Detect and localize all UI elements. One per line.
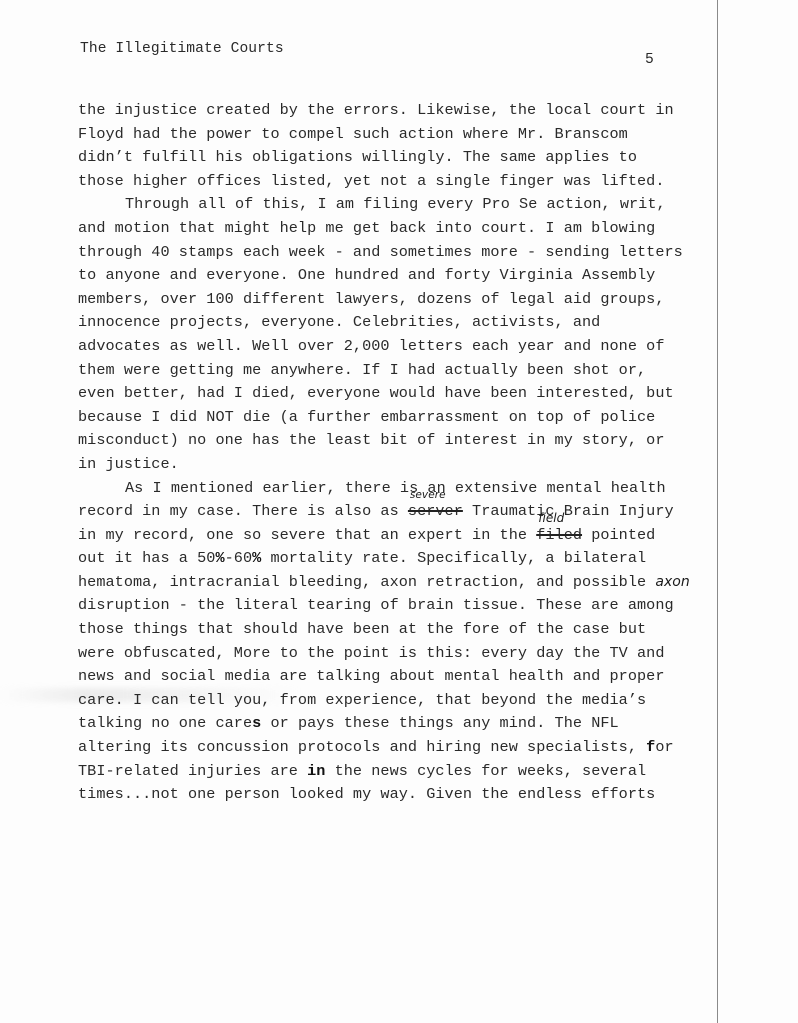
line-text: record in my case. There is also as [78,502,408,520]
text-line-percent: out it has a 50%-60% mortality rate. Spe… [78,547,718,571]
text-line: advocates as well. Well over 2,000 lette… [78,335,718,359]
text-line: were obfuscated, More to the point is th… [78,642,718,666]
page-number: 5 [645,52,654,68]
line-text: talking no one care [78,714,252,732]
line-text: mortality rate. Specifically, a bilatera… [261,549,646,567]
line-text: out it has a 50 [78,549,215,567]
line-text: or [655,738,673,756]
line-text: Traumatic Brain Injury [463,502,674,520]
line-text: pointed [582,526,655,544]
handwritten-correction: field [538,513,564,523]
text-line-in: TBI-related injuries are in the news cyc… [78,760,718,784]
text-line: didn’t fulfill his obligations willingly… [78,146,718,170]
document-page: The Illegitimate Courts 5 the injustice … [0,0,798,1023]
text-line-severe-correction: record in my case. There is also as serv… [78,500,718,524]
line-text: -60 [225,549,253,567]
line-text: altering its concussion protocols and hi… [78,738,628,756]
body-text: the injustice created by the errors. Lik… [78,99,718,807]
text-line: innocence projects, everyone. Celebritie… [78,311,718,335]
text-line: in justice. [78,453,718,477]
line-text: in my record, one so severe that an expe… [78,526,536,544]
text-line: them were getting me anywhere. If I had … [78,359,718,383]
handwritten-correction: severe [410,490,446,500]
struck-text: filed [536,526,582,544]
line-text: hematoma, intracranial bleeding, axon re… [78,573,655,591]
line-text: the news cycles for weeks, several [325,762,646,780]
handwritten-letter: f [646,738,655,756]
running-header-title: The Illegitimate Courts [80,41,284,57]
text-line: disruption - the literal tearing of brai… [78,594,718,618]
text-line: news and social media are talking about … [78,665,718,689]
text-line: and motion that might help me get back i… [78,217,718,241]
text-line: Through all of this, I am filing every P… [78,193,718,217]
text-line: members, over 100 different lawyers, doz… [78,288,718,312]
paragraph-lines-b: disruption - the literal tearing of brai… [78,594,718,712]
paragraph-lines-a: the injustice created by the errors. Lik… [78,99,718,500]
handwritten-percent: % [215,549,224,567]
handwritten-correction: in [307,762,325,780]
text-line: Floyd had the power to compel such actio… [78,123,718,147]
struck-word: serversevere [408,502,463,520]
handwritten-insert: axon [655,574,690,590]
text-line-axon: hematoma, intracranial bleeding, axon re… [78,571,718,595]
line-text: or pays these things any mind. The NFL [261,714,618,732]
text-line-for: altering its concussion protocols and hi… [78,736,718,760]
text-line: misconduct) no one has the least bit of … [78,429,718,453]
line-text: TBI-related injuries are [78,762,307,780]
struck-text: server [408,502,463,520]
text-line: As I mentioned earlier, there is an exte… [78,477,718,501]
text-line: through 40 stamps each week - and someti… [78,241,718,265]
struck-word: filedfield [536,526,582,544]
handwritten-percent: % [252,549,261,567]
text-line: care. I can tell you, from experience, t… [78,689,718,713]
text-line: because I did NOT die (a further embarra… [78,406,718,430]
text-line: even better, had I died, everyone would … [78,382,718,406]
text-line-cares: talking no one cares or pays these thing… [78,712,718,736]
text-line: times...not one person looked my way. Gi… [78,783,718,807]
text-line-field-correction: in my record, one so severe that an expe… [78,524,718,548]
line-text: , [628,738,646,756]
text-line: the injustice created by the errors. Lik… [78,99,718,123]
text-line: those higher offices listed, yet not a s… [78,170,718,194]
text-line: those things that should have been at th… [78,618,718,642]
handwritten-letter: s [252,714,261,732]
text-line: to anyone and everyone. One hundred and … [78,264,718,288]
